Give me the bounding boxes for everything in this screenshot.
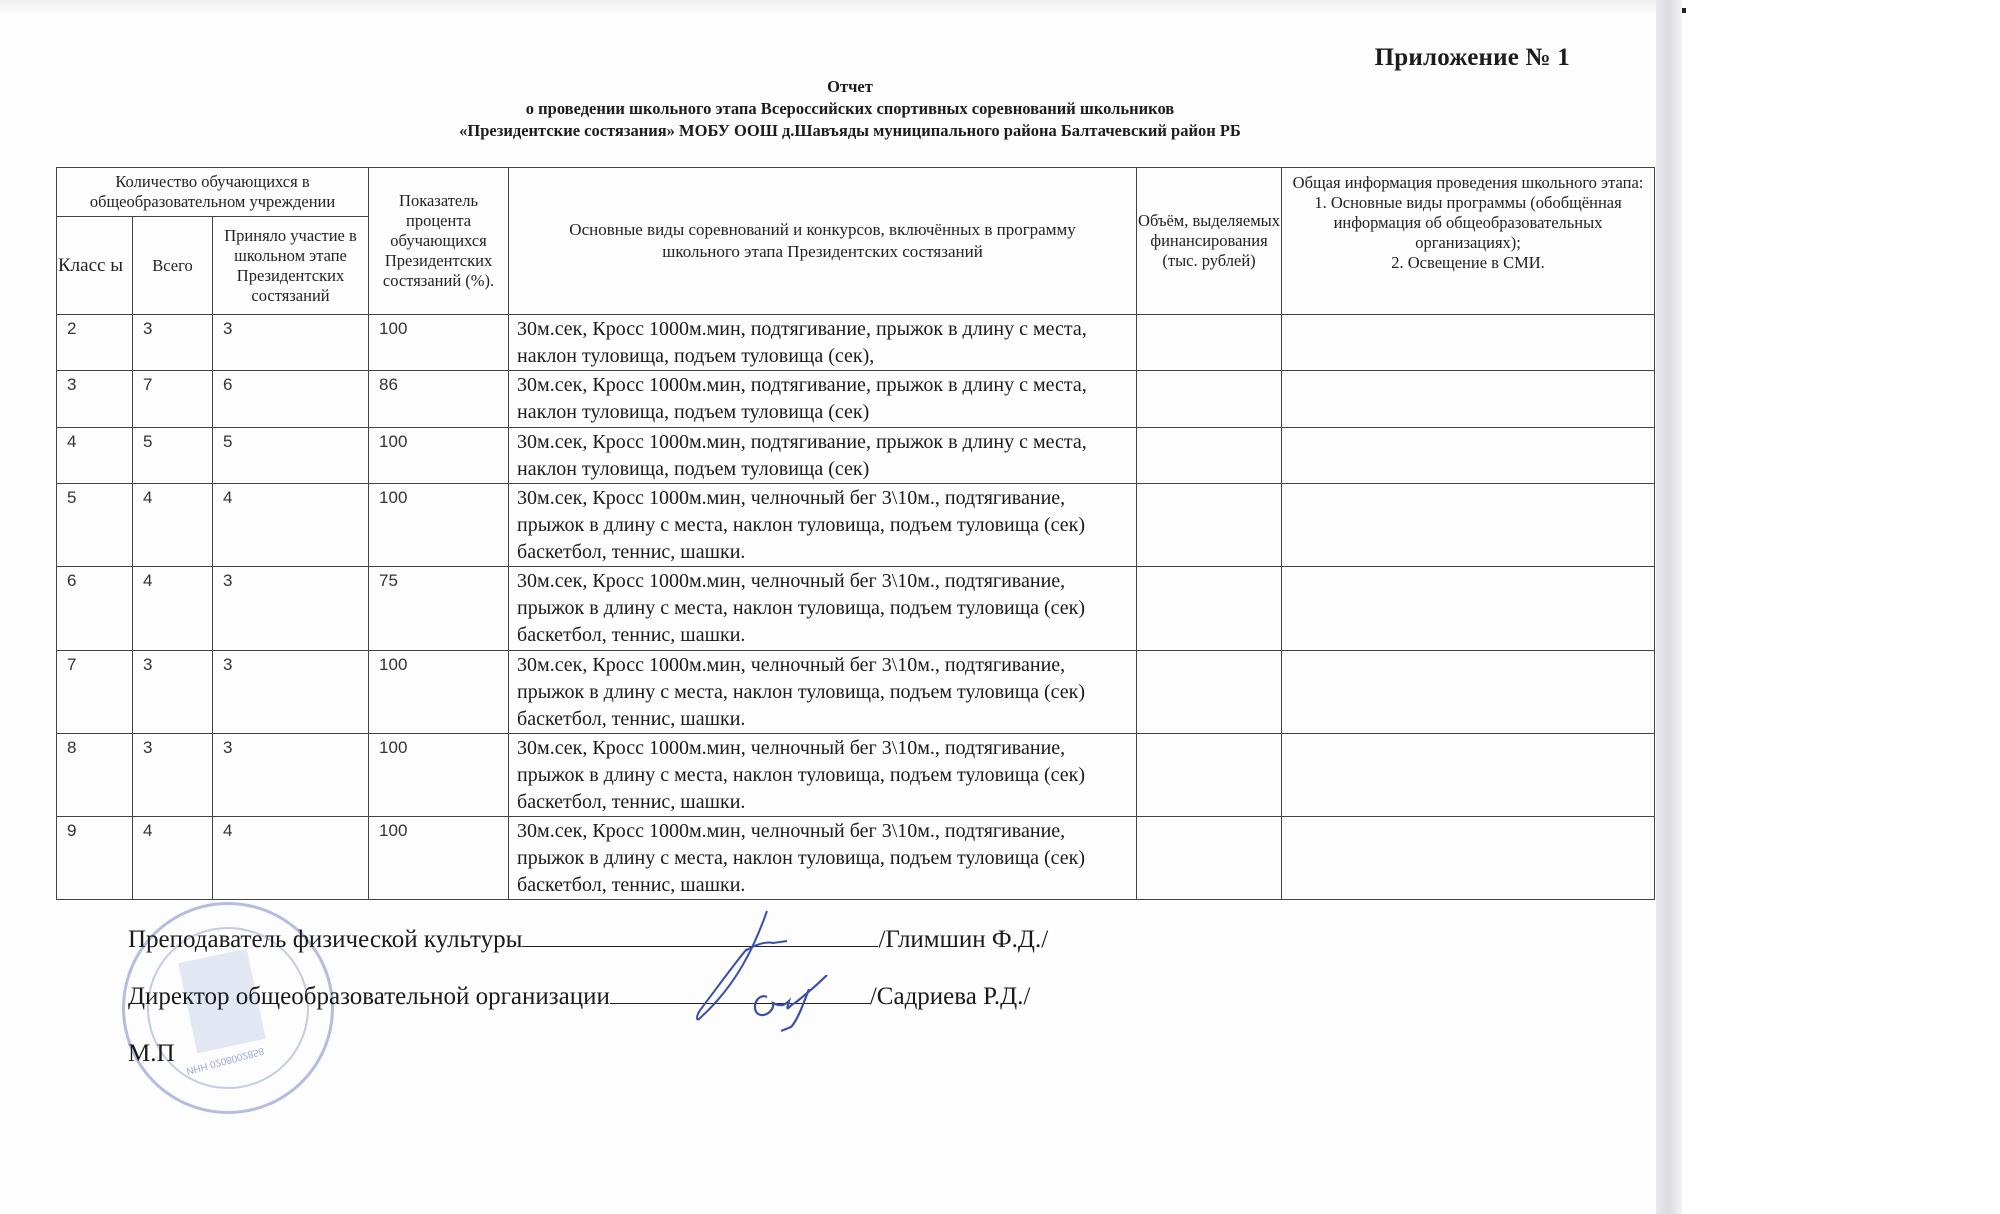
cell-percent: 100 [369,315,509,371]
cell-participated: 3 [213,651,369,734]
header-participated: Приняло участие в школьном этапе Президе… [213,217,369,315]
cell-events: 30м.сек, Кросс 1000м.мин, подтягивание, … [509,428,1137,484]
cell-participated: 4 [213,817,369,900]
seal-label: М.П [128,1040,175,1068]
cell-info [1282,428,1655,484]
paper-edge [1656,0,1682,1214]
director-signature-scribble [745,975,845,1035]
cell-info [1282,315,1655,371]
header-funding: Объём, выделяемых финансирования (тыс. р… [1137,168,1282,315]
cell-percent: 100 [369,817,509,900]
cell-funding [1137,315,1282,371]
teacher-name: /Глимшин Ф.Д./ [878,926,1048,953]
cell-total: 3 [133,651,213,734]
cell-info [1282,371,1655,428]
cell-class: 3 [57,371,133,428]
scan-artifact [1682,8,1686,13]
teacher-role: Преподаватель физической культуры [128,926,522,953]
table-row: 6 4 3 75 30м.сек, Кросс 1000м.мин, челно… [57,567,1655,651]
cell-events: 30м.сек, Кросс 1000м.мин, подтягивание, … [509,371,1137,428]
cell-participated: 4 [213,484,369,567]
cell-total: 5 [133,428,213,484]
cell-participated: 3 [213,315,369,371]
cell-total: 3 [133,734,213,817]
header-events: Основные виды соревнований и конкурсов, … [509,168,1137,315]
header-class: Класс ы [57,217,133,315]
cell-events: 30м.сек, Кросс 1000м.мин, челночный бег … [509,484,1137,567]
cell-participated: 3 [213,734,369,817]
report-title-block: Отчет о проведении школьного этапа Всеро… [0,76,1700,142]
cell-total: 4 [133,817,213,900]
table-row: 5 4 4 100 30м.сек, Кросс 1000м.мин, челн… [57,484,1655,567]
cell-total: 4 [133,567,213,651]
cell-info [1282,651,1655,734]
cell-class: 9 [57,817,133,900]
cell-participated: 5 [213,428,369,484]
header-percent: Показатель процента обучающихся Президен… [369,168,509,315]
cell-participated: 6 [213,371,369,428]
table-row: 3 7 6 86 30м.сек, Кросс 1000м.мин, подтя… [57,371,1655,428]
cell-events: 30м.сек, Кросс 1000м.мин, челночный бег … [509,817,1137,900]
cell-class: 2 [57,315,133,371]
table-row: 7 3 3 100 30м.сек, Кросс 1000м.мин, челн… [57,651,1655,734]
report-subtitle-1: о проведении школьного этапа Всероссийск… [0,98,1700,120]
header-general-info-line2: 1. Основные виды программы (обобщённая и… [1282,193,1654,253]
cell-events: 30м.сек, Кросс 1000м.мин, челночный бег … [509,734,1137,817]
cell-class: 8 [57,734,133,817]
cell-total: 3 [133,315,213,371]
cell-percent: 100 [369,428,509,484]
report-table: Количество обучающихся в общеобразовател… [56,167,1655,900]
cell-events: 30м.сек, Кросс 1000м.мин, челночный бег … [509,651,1137,734]
cell-percent: 100 [369,651,509,734]
header-total: Всего [133,217,213,315]
cell-class: 7 [57,651,133,734]
cell-total: 4 [133,484,213,567]
report-title: Отчет [0,76,1700,98]
header-students-group: Количество обучающихся в общеобразовател… [57,168,369,217]
cell-events: 30м.сек, Кросс 1000м.мин, подтягивание, … [509,315,1137,371]
table-row: 4 5 5 100 30м.сек, Кросс 1000м.мин, подт… [57,428,1655,484]
cell-percent: 75 [369,567,509,651]
cell-info [1282,817,1655,900]
teacher-signature-line: Преподаватель физической культуры/Глимши… [128,926,1048,954]
cell-funding [1137,484,1282,567]
director-signature-line: Директор общеобразовательной организации… [128,983,1030,1011]
cell-class: 5 [57,484,133,567]
cell-info [1282,484,1655,567]
header-general-info-line1: Общая информация проведения школьного эт… [1282,173,1654,193]
table-row: 8 3 3 100 30м.сек, Кросс 1000м.мин, челн… [57,734,1655,817]
scan-shadow [0,0,1656,14]
director-name: /Садриева Р.Д./ [870,983,1031,1010]
header-general-info: Общая информация проведения школьного эт… [1282,168,1655,315]
cell-percent: 100 [369,734,509,817]
cell-info [1282,734,1655,817]
cell-funding [1137,651,1282,734]
table-row: 2 3 3 100 30м.сек, Кросс 1000м.мин, подт… [57,315,1655,371]
cell-total: 7 [133,371,213,428]
cell-class: 4 [57,428,133,484]
director-role: Директор общеобразовательной организации [128,983,610,1010]
cell-class: 6 [57,567,133,651]
header-general-info-line3: 2. Освещение в СМИ. [1282,253,1654,273]
cell-funding [1137,567,1282,651]
cell-funding [1137,817,1282,900]
cell-participated: 3 [213,567,369,651]
cell-percent: 86 [369,371,509,428]
cell-funding [1137,734,1282,817]
cell-percent: 100 [369,484,509,567]
appendix-label: Приложение № 1 [1375,44,1570,72]
cell-events: 30м.сек, Кросс 1000м.мин, челночный бег … [509,567,1137,651]
cell-funding [1137,428,1282,484]
table-row: 9 4 4 100 30м.сек, Кросс 1000м.мин, челн… [57,817,1655,900]
cell-info [1282,567,1655,651]
cell-funding [1137,371,1282,428]
report-subtitle-2: «Президентские состязания» МОБУ ООШ д.Ша… [0,120,1700,142]
